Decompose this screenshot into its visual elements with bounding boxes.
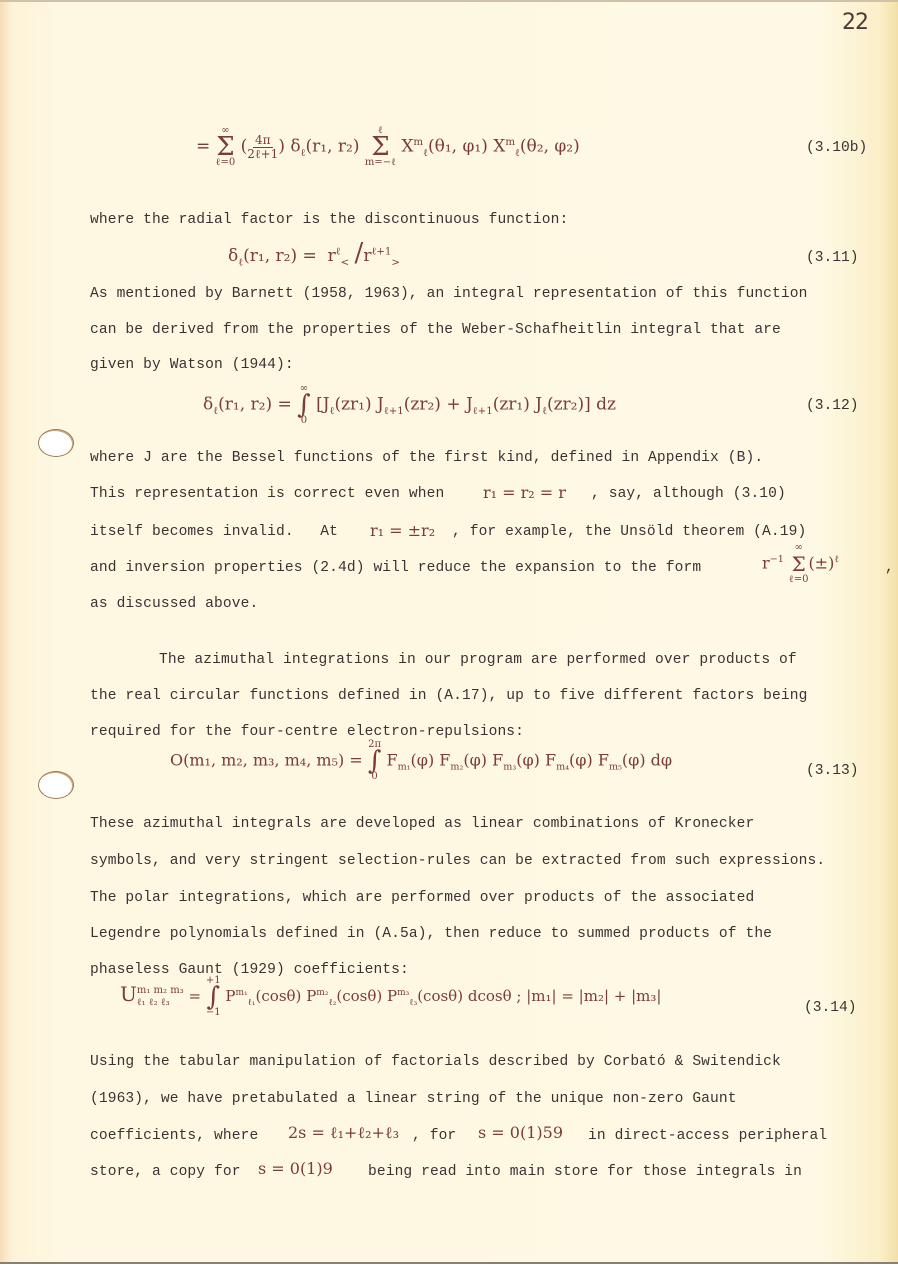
f-term: F: [492, 751, 503, 770]
text-line: This representation is correct even when: [90, 486, 444, 502]
equation-label: (3.11): [806, 250, 859, 266]
sigma-symbol: Σ: [216, 136, 234, 158]
x-sup: m: [413, 137, 423, 148]
equation-3-12: δℓ(r₁, r₂) = ∞ ∫ 0 [Jℓ(zr₁) Jℓ+1(zr₂) + …: [203, 384, 616, 426]
text-line: symbols, and very stringent selection-ru…: [90, 853, 825, 869]
x-args: (θ₁, φ₁): [428, 137, 488, 157]
x-args: (θ₂, φ₂): [520, 137, 580, 157]
equation-3-13: O(m₁, m₂, m₃, m₄, m₅) = 2π ∫ 0 Fm₁(φ) Fm…: [170, 740, 672, 782]
sup: ℓ: [834, 554, 839, 565]
delta: δ: [228, 246, 238, 266]
equation-3-10b: = ∞ Σ ℓ=0 (4π2ℓ+1) δℓ(r₁, r₂) ℓ Σ m=−ℓ X…: [196, 126, 580, 168]
text-line: as discussed above.: [90, 596, 258, 612]
p-sup: m₃: [397, 988, 409, 998]
inline-math-r-equal: r₁ = r₂ = r: [483, 483, 566, 502]
text-line: where J are the Bessel functions of the …: [90, 450, 763, 466]
f-term: F: [386, 751, 397, 770]
p-arg: (cosθ): [417, 987, 463, 1005]
x-sup: m: [505, 137, 515, 148]
inline-math-form: r−1 ∞ Σ ℓ=0 (±)ℓ: [762, 543, 839, 585]
delta-args: (r₁, r₂) =: [218, 395, 292, 415]
text-line: (1963), we have pretabulated a linear st…: [90, 1091, 737, 1107]
denominator: 2ℓ+1: [247, 148, 278, 161]
gaunt-sup: m₁ m₂ m₃: [137, 985, 184, 997]
equation-label: (3.13): [806, 763, 859, 779]
text-line: store, a copy for: [90, 1164, 241, 1180]
f-sub: m₄: [556, 762, 569, 773]
delta: δ: [203, 395, 213, 415]
bessel-args: (zr₁) J: [334, 395, 383, 415]
sum-operator-2: ℓ Σ m=−ℓ: [365, 126, 396, 168]
equation-3-11: δℓ(r₁, r₂) = rℓ< /rℓ+1>: [228, 238, 400, 268]
r-sub: >: [391, 257, 400, 268]
inline-math-s-range-1: s = 0(1)59: [478, 1123, 563, 1142]
text-line: in direct-access peripheral: [588, 1128, 827, 1144]
f-term: F: [439, 751, 450, 770]
f-arg: (φ): [569, 751, 593, 770]
integral-symbol: ∫: [297, 394, 311, 416]
inline-math-s-range-2: s = 0(1)9: [258, 1159, 333, 1178]
bessel-term: [J: [316, 395, 329, 415]
bessel-args: (zr₂) + J: [404, 395, 473, 415]
equation-label: (3.14): [804, 1000, 857, 1016]
integral-operator: +1 ∫ −1: [206, 976, 221, 1018]
text-line: As mentioned by Barnett (1958, 1963), an…: [90, 286, 807, 302]
r-sup: ℓ+1: [371, 246, 391, 257]
text-line: Using the tabular manipulation of factor…: [90, 1054, 781, 1070]
differential: dcosθ ;: [468, 987, 522, 1005]
inline-math-two-s: 2s = ℓ₁+ℓ₂+ℓ₃: [288, 1123, 399, 1143]
bessel-sub: ℓ+1: [473, 406, 493, 417]
f-sub: m₁: [398, 762, 411, 773]
sum-operator: ∞ Σ ℓ=0: [216, 126, 236, 168]
delta-args: (r₁, r₂): [306, 137, 360, 157]
eq-sign: =: [188, 987, 201, 1005]
legendre-p: P: [306, 987, 316, 1005]
p-arg: (cosθ): [336, 987, 382, 1005]
r-lesser: r: [328, 246, 336, 266]
equation-label: (3.12): [806, 398, 859, 414]
x-term: X: [401, 137, 413, 157]
legendre-p: P: [387, 987, 397, 1005]
text-line: ,: [885, 560, 894, 576]
bessel-sub: ℓ+1: [384, 406, 404, 417]
text-line: given by Watson (1944):: [90, 357, 294, 373]
f-arg: (φ): [622, 751, 646, 770]
f-arg: (φ): [463, 751, 487, 770]
sigma-symbol: Σ: [792, 553, 806, 575]
f-sub: m₃: [503, 762, 516, 773]
bessel-args: (zr₂)] dz: [547, 395, 616, 415]
p-sup: m₁: [235, 988, 247, 998]
integral-operator: ∞ ∫ 0: [297, 384, 311, 426]
text-line: itself becomes invalid. At: [90, 524, 338, 540]
integral-lower: 0: [371, 772, 377, 782]
fraction: 4π2ℓ+1: [247, 134, 278, 161]
p-sub: ℓ₁: [248, 998, 256, 1008]
f-term: F: [545, 751, 556, 770]
legendre-p: P: [225, 987, 235, 1005]
text-line: Legendre polynomials defined in (A.5a), …: [90, 926, 772, 942]
p-sub: ℓ₃: [409, 998, 417, 1008]
text-line: being read into main store for those int…: [368, 1164, 802, 1180]
eq-sign: =: [196, 137, 210, 157]
selection-condition: |m₁| = |m₂| + |m₃|: [526, 987, 661, 1005]
text-line: the real circular functions defined in (…: [90, 688, 807, 704]
text-line: , say, although (3.10): [591, 486, 786, 502]
bessel-args: (zr₁) J: [493, 395, 542, 415]
page-bottom-edge: [0, 1262, 898, 1269]
text-line: required for the four-centre electron-re…: [90, 724, 524, 740]
equation-label: (3.10b): [806, 140, 867, 156]
sum-lower: ℓ=0: [789, 575, 809, 585]
x-term: X: [493, 137, 505, 157]
equation-3-14: Um₁ m₂ m₃ℓ₁ ℓ₂ ℓ₃ = +1 ∫ −1 Pm₁ℓ₁(cosθ) …: [120, 976, 661, 1018]
differential: dφ: [651, 751, 672, 770]
text-line: , for: [412, 1128, 456, 1144]
numerator: 4π: [253, 134, 273, 148]
f-arg: (φ): [411, 751, 435, 770]
r-sup: ℓ: [336, 246, 341, 257]
integral-symbol: ∫: [368, 750, 382, 772]
f-sub: m₂: [450, 762, 463, 773]
integral-symbol: ∫: [206, 986, 220, 1008]
punch-hole-lower: [38, 771, 74, 799]
delta: δ: [290, 137, 300, 157]
gaunt-u: U: [120, 982, 137, 1006]
integral-lower: 0: [301, 416, 307, 426]
r-sub: <: [341, 257, 350, 268]
f-sub: m₅: [609, 762, 622, 773]
integral-lower: −1: [206, 1008, 221, 1018]
inline-math-r-pm: r₁ = ±r₂: [370, 521, 435, 540]
p-sup: m₂: [316, 988, 328, 998]
slash: /: [355, 238, 364, 268]
p-arg: (cosθ): [256, 987, 302, 1005]
text-line: coefficients, where: [90, 1128, 258, 1144]
gaunt-sub: ℓ₁ ℓ₂ ℓ₃: [137, 997, 184, 1009]
sigma-symbol: Σ: [371, 136, 389, 158]
text-line: and inversion properties (2.4d) will red…: [90, 560, 701, 576]
page-number: 22: [842, 10, 868, 35]
gaunt-indices: m₁ m₂ m₃ℓ₁ ℓ₂ ℓ₃: [137, 985, 184, 1009]
text-line: The azimuthal integrations in our progra…: [159, 652, 797, 668]
sum-operator: ∞ Σ ℓ=0: [789, 543, 809, 585]
sum-lower: m=−ℓ: [365, 158, 396, 168]
text-line: can be derived from the properties of th…: [90, 322, 781, 338]
document-page: 22 = ∞ Σ ℓ=0 (4π2ℓ+1) δℓ(r₁, r₂) ℓ Σ m=−…: [0, 0, 898, 1264]
integral-operator: 2π ∫ 0: [368, 740, 382, 782]
delta-args: (r₁, r₂) =: [243, 246, 317, 266]
punch-hole-upper: [38, 429, 74, 457]
r: r: [762, 554, 770, 573]
f-arg: (φ): [516, 751, 540, 770]
text-line: These azimuthal integrals are developed …: [90, 816, 754, 832]
sum-lower: ℓ=0: [216, 158, 236, 168]
plus-minus: (±): [808, 554, 834, 573]
f-term: F: [598, 751, 609, 770]
r-sup: −1: [770, 554, 784, 565]
text-line: The polar integrations, which are perfor…: [90, 890, 754, 906]
text-line: , for example, the Unsöld theorem (A.19): [452, 524, 806, 540]
text-line: where the radial factor is the discontin…: [90, 212, 568, 228]
overlap-lhs: O(m₁, m₂, m₃, m₄, m₅) =: [170, 751, 363, 770]
